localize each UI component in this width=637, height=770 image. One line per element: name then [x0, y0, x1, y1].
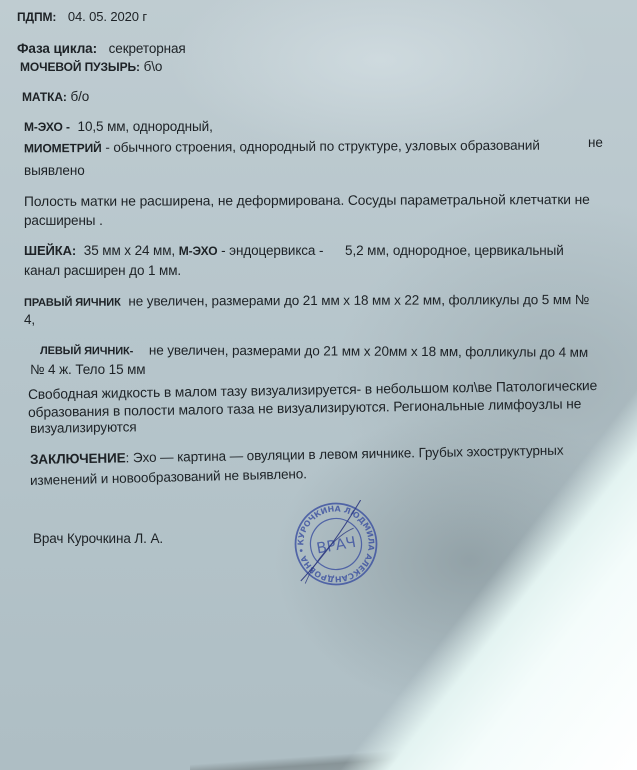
m-echo-value: 10,5 мм, однородный,: [78, 119, 213, 134]
bladder-row: МОЧЕВОЙ ПУЗЫРЬ: б\о: [20, 60, 162, 74]
cervix-label: ШЕЙКА:: [24, 243, 76, 258]
left-ovary-text: не увеличен, размерами до 21 мм х 20мм х…: [149, 343, 588, 360]
cervix-row: ШЕЙКА: 35 мм х 24 мм, М-ЭХО - эндоцервик…: [24, 244, 564, 258]
uterus-row: МАТКА: б/о: [22, 90, 89, 104]
cervix-line2: канал расширен до 1 мм.: [24, 264, 181, 278]
cervix-size: 35 мм х 24 мм,: [84, 243, 175, 258]
left-ovary-label: ЛЕВЫЙ ЯИЧНИК-: [40, 345, 133, 357]
uterus-value: б/о: [70, 89, 89, 104]
right-ovary-label: ПРАВЫЙ ЯИЧНИК: [24, 297, 121, 309]
bottom-shadow: [190, 740, 637, 770]
myometrium-text: - обычного строения, однородный по струк…: [105, 138, 540, 155]
doctor-stamp: КУРОЧКИНА ЛЮДМИЛА АЛЕКСАНДРОВНА • ВРАЧ: [292, 500, 380, 588]
m-echo-row: М-ЭХО - 10,5 мм, однородный,: [24, 120, 213, 134]
fluid-line3: визуализируются: [30, 420, 137, 435]
doctor-signature: Врач Курочкина Л. А.: [33, 532, 163, 546]
cavity-line2: расширены .: [24, 214, 103, 228]
cavity-line1: Полость матки не расширена, не деформиро…: [24, 193, 590, 209]
bladder-value: б\о: [144, 59, 163, 74]
pdpm-label: ПДПМ:: [17, 10, 56, 24]
right-ovary-line2: 4,: [24, 313, 35, 327]
pdpm-value: 04. 05. 2020 г: [68, 9, 147, 24]
cervix-mecho-text: - эндоцервикса -: [221, 243, 323, 258]
cycle-phase-label: Фаза цикла:: [17, 41, 97, 56]
right-ovary-text: не увеличен, размерами до 21 мм х 18 мм …: [128, 292, 589, 309]
cervix-mecho-value: 5,2 мм, однородное, цервикальный: [345, 243, 564, 258]
pdpm-row: ПДПМ: 04. 05. 2020 г: [17, 10, 147, 23]
cervix-mecho-label: М-ЭХО: [179, 244, 218, 258]
right-ovary-row: ПРАВЫЙ ЯИЧНИК не увеличен, размерами до …: [24, 293, 589, 309]
uterus-label: МАТКА:: [22, 90, 67, 104]
myometrium-row: МИОМЕТРИЙ - обычного строения, однородны…: [24, 139, 540, 155]
m-echo-label: М-ЭХО -: [24, 120, 70, 134]
cycle-phase-value: секреторная: [109, 41, 186, 56]
cycle-phase-row: Фаза цикла: секреторная: [17, 42, 186, 56]
left-ovary-row: ЛЕВЫЙ ЯИЧНИК- не увеличен, размерами до …: [40, 343, 588, 360]
myometrium-line2: выявлено: [24, 164, 85, 178]
myometrium-line1-end: не: [588, 136, 603, 150]
left-ovary-line2: № 4 ж. Тело 15 мм: [30, 363, 146, 377]
conclusion-label: ЗАКЛЮЧЕНИЕ: [30, 450, 126, 467]
bladder-label: МОЧЕВОЙ ПУЗЫРЬ:: [20, 60, 140, 74]
myometrium-label: МИОМЕТРИЙ: [24, 141, 102, 155]
